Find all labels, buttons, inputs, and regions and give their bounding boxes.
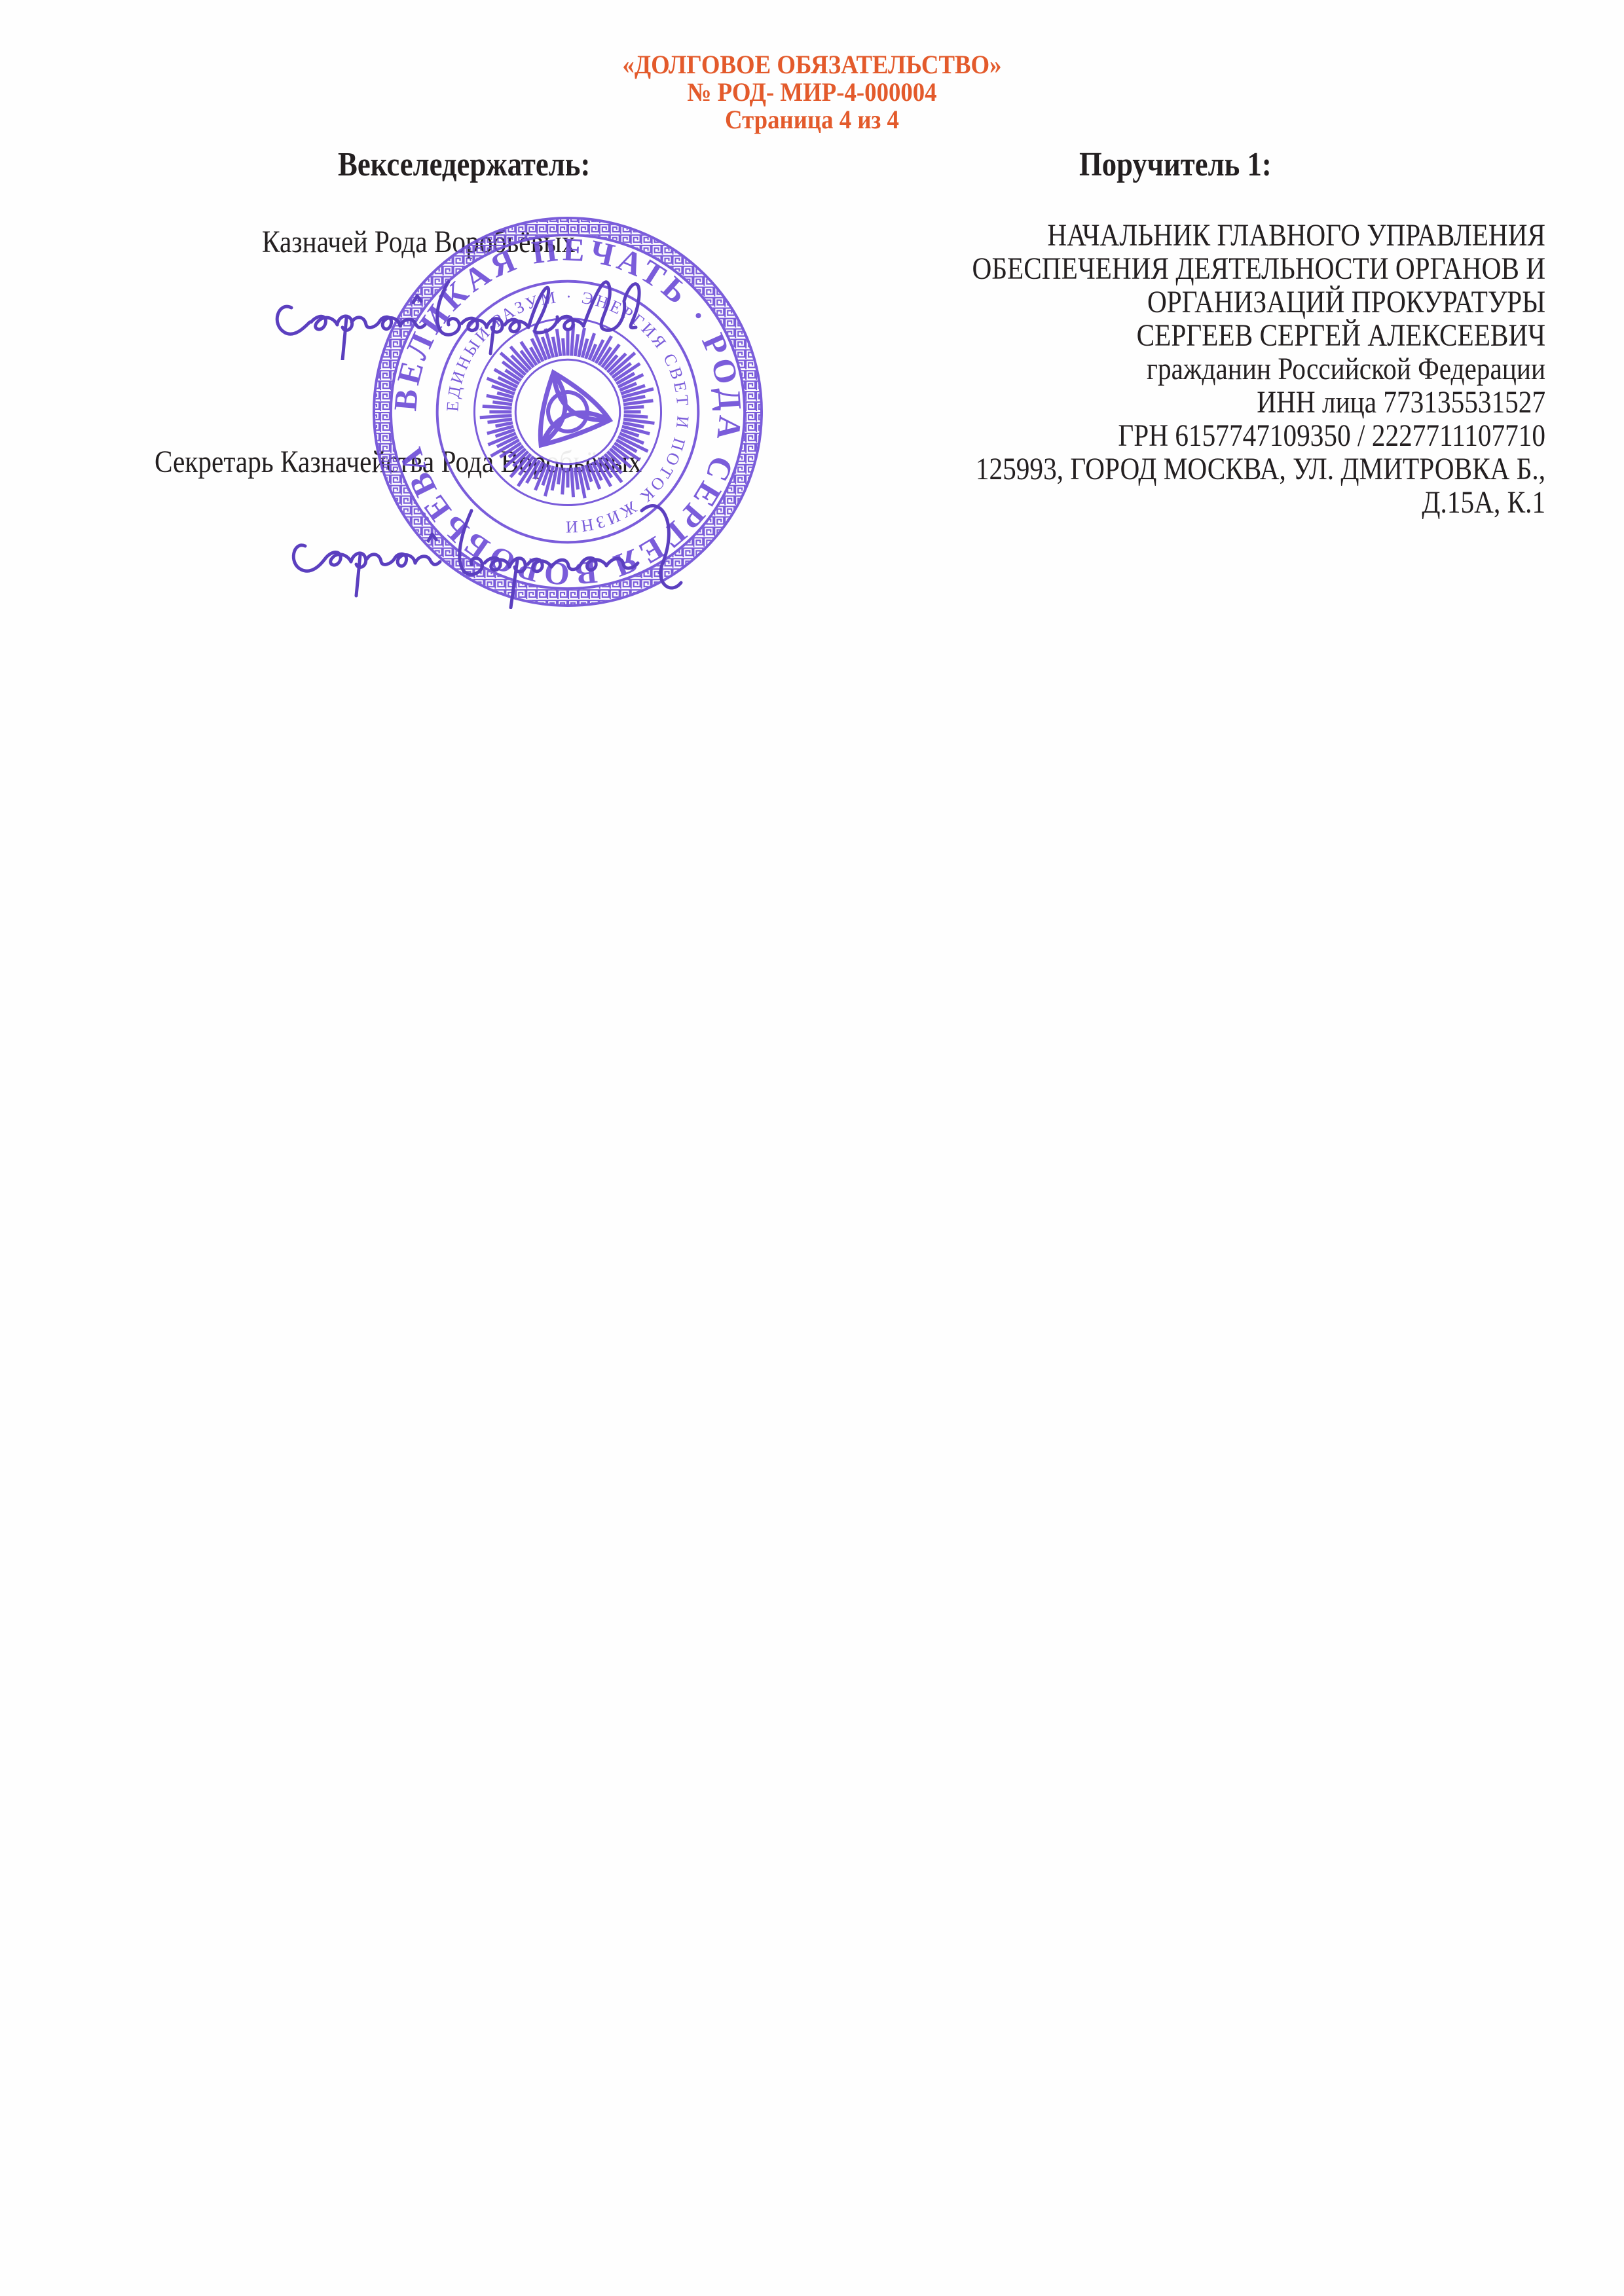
guarantor-name: СЕРГЕЕВ СЕРГЕЙ АЛЕКСЕЕВИЧ bbox=[972, 319, 1545, 352]
document-header: «ДОЛГОВОЕ ОБЯЗАТЕЛЬСТВО» № РОД- МИР-4-00… bbox=[0, 51, 1624, 134]
treasurer-title: Казначей Рода Воробьёвых bbox=[262, 225, 575, 259]
page-indicator: Страница 4 из 4 bbox=[65, 106, 1559, 134]
secretary-title: Секретарь Казначейства Рода Воробьёвых bbox=[155, 445, 642, 479]
bill-holder-heading: Векселедержатель: bbox=[338, 147, 590, 183]
secretary-signature bbox=[288, 498, 747, 609]
guarantor-grn: ГРН 6157747109350 / 2227711107710 bbox=[972, 419, 1545, 452]
treasurer-signature bbox=[265, 262, 763, 360]
triquetra-seal-icon: ВЕЛИКАЯ ПЕЧАТЬ · РОДА СЕРГЕЯ ВОРОБЬЁВА №… bbox=[370, 216, 766, 608]
guarantor-inn: ИНН лица 773135531527 bbox=[972, 386, 1545, 419]
document-number: № РОД- МИР-4-000004 bbox=[65, 79, 1559, 106]
guarantor-address-line-2: Д.15А, К.1 bbox=[972, 486, 1545, 519]
guarantor-citizenship: гражданин Российской Федерации bbox=[972, 352, 1545, 386]
svg-text:ЕДИНЫЙ РАЗУМ · ЭНЕРГИЯ СВЕТ И: ЕДИНЫЙ РАЗУМ · ЭНЕРГИЯ СВЕТ И ПОТОК ЖИЗН… bbox=[443, 287, 692, 536]
document-page: «ДОЛГОВОЕ ОБЯЗАТЕЛЬСТВО» № РОД- МИР-4-00… bbox=[0, 0, 1624, 2296]
stamp-inner-text: ЕДИНЫЙ РАЗУМ · ЭНЕРГИЯ СВЕТ И ПОТОК ЖИЗН… bbox=[443, 287, 692, 536]
svg-text:ВЕЛИКАЯ ПЕЧАТЬ · РОДА СЕРГЕЯ В: ВЕЛИКАЯ ПЕЧАТЬ · РОДА СЕРГЕЯ ВОРОБЬЁВА № bbox=[387, 231, 748, 592]
guarantor-address-line-1: 125993, ГОРОД МОСКВА, УЛ. ДМИТРОВКА Б., bbox=[972, 452, 1545, 486]
guarantor-position-line-1: НАЧАЛЬНИК ГЛАВНОГО УПРАВЛЕНИЯ bbox=[972, 219, 1545, 252]
stamp-outer-text: ВЕЛИКАЯ ПЕЧАТЬ · РОДА СЕРГЕЯ ВОРОБЬЁВА № bbox=[387, 231, 748, 592]
guarantor-details: НАЧАЛЬНИК ГЛАВНОГО УПРАВЛЕНИЯ ОБЕСПЕЧЕНИ… bbox=[879, 219, 1545, 519]
guarantor-heading: Поручитель 1: bbox=[1079, 147, 1272, 183]
document-title: «ДОЛГОВОЕ ОБЯЗАТЕЛЬСТВО» bbox=[65, 51, 1559, 79]
guarantor-position-line-3: ОРГАНИЗАЦИЙ ПРОКУРАТУРЫ bbox=[972, 285, 1545, 319]
guarantor-position-line-2: ОБЕСПЕЧЕНИЯ ДЕЯТЕЛЬНОСТИ ОРГАНОВ И bbox=[972, 252, 1545, 285]
